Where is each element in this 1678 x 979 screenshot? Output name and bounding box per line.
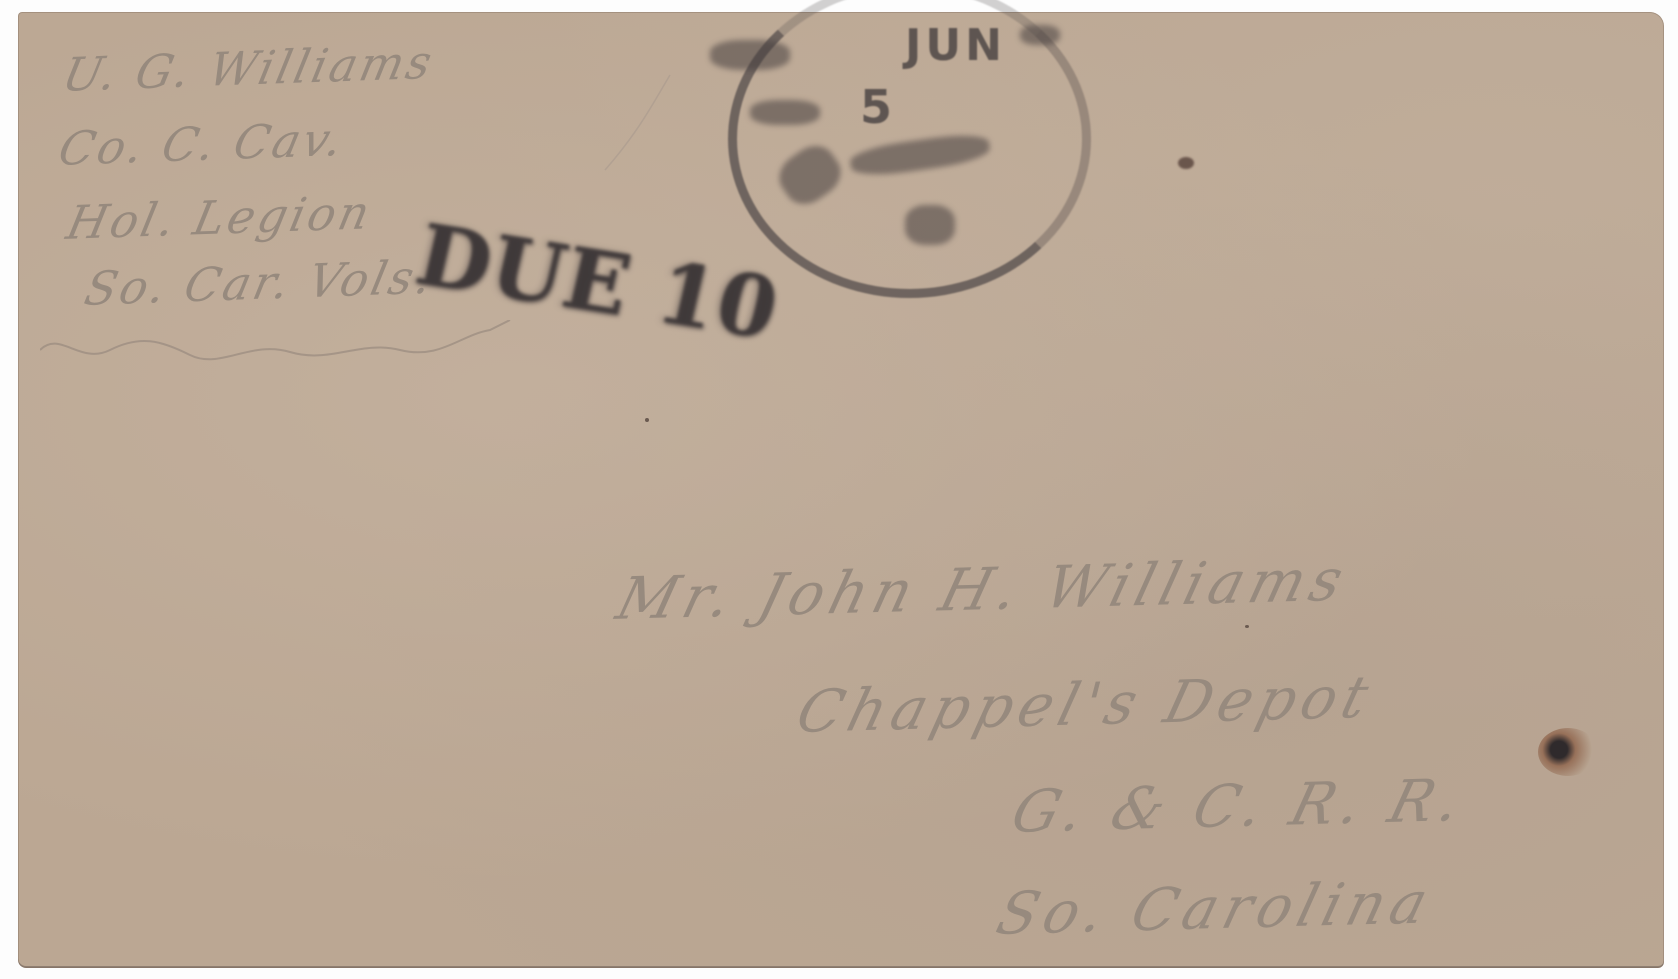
dark-spot — [1245, 625, 1249, 628]
postmark-smudge — [1020, 25, 1060, 45]
postmark-smudge — [750, 100, 820, 125]
postmark-day: 5 — [860, 80, 892, 134]
postmark-month: JUN — [905, 20, 1006, 71]
dark-spot — [1178, 157, 1194, 169]
postmark-smudge — [905, 205, 955, 245]
recipient-address-line-3: G. & C. R. R. — [1005, 766, 1474, 846]
return-address-line-3: Hol. Legion — [62, 185, 377, 250]
return-address-line-2: Co. C. Cav. — [54, 112, 350, 176]
flourish-underline — [40, 320, 520, 380]
recipient-address-line-4: So. Carolina — [990, 868, 1441, 948]
dark-spot — [645, 418, 649, 422]
pen-stroke — [600, 70, 680, 180]
ink-stain — [1538, 728, 1598, 776]
postmark-smudge — [710, 40, 790, 70]
